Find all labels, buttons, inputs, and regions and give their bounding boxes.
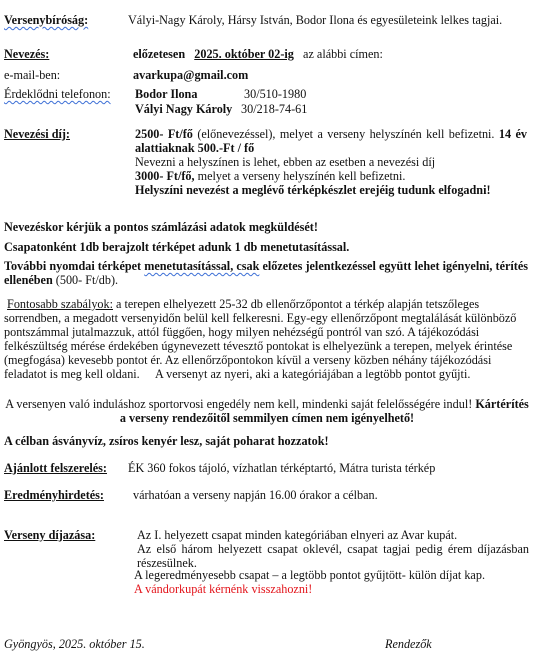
fee-onsite-line2: melyet a verseny helyszínén kell befizet… (198, 169, 406, 183)
fee-pre-text: (előnevezéssel), melyet a verseny helysz… (197, 127, 494, 141)
fee-label: Nevezési díj: (4, 127, 70, 141)
equipment-value: ÉK 360 fokos tájoló, vízhatlan térképtar… (128, 461, 435, 475)
entry-label: Nevezés: (4, 47, 49, 61)
rules-label: Fontosabb szabályok: (7, 297, 113, 311)
phone-label: Érdeklődni telefonon: (4, 87, 111, 101)
jury-value: Vályi-Nagy Károly, Hársy István, Bodor I… (128, 13, 502, 27)
prizes-line3: A legeredményesebb csapat – a legtöbb po… (134, 568, 485, 582)
entry-deadline-line: előzetesen 2025. október 02-ig az alábbi… (133, 47, 383, 61)
prizes-label: Verseny díjazása: (4, 528, 95, 542)
fee-pre-amount: 2500- Ft/fő (135, 127, 193, 141)
fee-preentry: 2500- Ft/fő (előnevezéssel), melyet a ve… (135, 127, 527, 155)
refreshments-notice: A célban ásványvíz, zsíros kenyér lesz, … (4, 434, 329, 448)
footer-place-date: Gyöngyös, 2025. október 15. (4, 637, 145, 651)
email-label: e-mail-ben: (4, 68, 60, 82)
liability-text: A versenyen való induláshoz sportorvosi … (5, 397, 472, 411)
contact-phone-2: 30/218-74-61 (241, 102, 307, 116)
fee-onsite-line1: Nevezni a helyszínen is lehet, ebben az … (135, 155, 535, 169)
prizes-line1: Az I. helyezett csapat minden kategóriáb… (137, 528, 529, 542)
map-notice: Csapatonként 1db berajzolt térképet adun… (4, 240, 349, 254)
contact-name-1: Bodor Ilona (135, 87, 197, 101)
jury-label: Versenybíróság: (4, 13, 88, 27)
equipment-label: Ajánlott felszerelés: (4, 461, 107, 475)
email-address[interactable]: avarkupa@gmail.com (133, 68, 248, 82)
entry-suffix: az alábbi címen: (303, 47, 383, 61)
prizes-line2: Az első három helyezett csapat oklevél, … (137, 542, 529, 570)
results-value: várhatóan a verseny napján 16.00 órakor … (133, 488, 378, 502)
contact-phone-1: 30/510-1980 (244, 87, 306, 101)
prizes-line4: A vándorkupát kérnénk visszahozni! (134, 582, 312, 596)
liability-paragraph: A versenyen való induláshoz sportorvosi … (2, 397, 532, 425)
entry-prefix: előzetesen (133, 47, 185, 61)
fee-onsite-warning: Helyszíni nevezést a meglévő térképkészl… (135, 183, 535, 197)
billing-notice: Nevezéskor kérjük a pontos számlázási ad… (4, 220, 318, 234)
rules-winner: A versenyt az nyeri, aki a kategóriájába… (155, 367, 470, 381)
fee-onsite-amount: 3000- Ft/fő, (135, 169, 195, 183)
contact-name-2: Vályi Nagy Károly (135, 102, 232, 116)
results-label: Eredményhirdetés: (4, 488, 104, 502)
entry-deadline: 2025. október 02-ig (194, 47, 294, 61)
rules-paragraph: Fontosabb szabályok: a terepen elhelyeze… (4, 297, 524, 381)
fee-onsite: Nevezni a helyszínen is lehet, ebben az … (135, 155, 535, 197)
footer-signature: Rendezők (385, 637, 432, 651)
extra-maps-notice: További nyomdai térképet menetutasítássa… (4, 259, 528, 287)
